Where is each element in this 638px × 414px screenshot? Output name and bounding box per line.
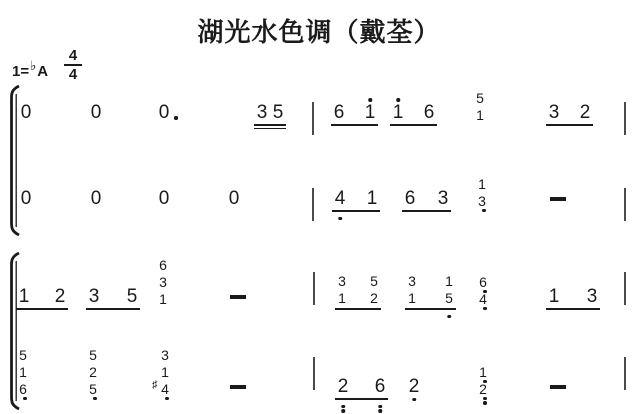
note-column: 3 (548, 104, 560, 121)
note-column: 2 (54, 288, 66, 305)
dash-bar (230, 295, 246, 299)
chord-note: 1 (158, 293, 168, 306)
beam-line (16, 308, 68, 310)
beam-line (254, 124, 286, 126)
note-digit: 3 (548, 104, 560, 121)
beam-group: 32 (548, 104, 591, 121)
note-column: 6 (333, 104, 345, 121)
beam-line (402, 210, 451, 212)
octave-dot (396, 98, 400, 102)
chord-note: 6 (18, 383, 28, 396)
note-column: 0 (228, 190, 240, 207)
stack-upper-note: 1 (444, 275, 454, 288)
dash-bar (550, 385, 566, 389)
beam-line (390, 124, 437, 126)
barline (313, 357, 315, 390)
rest-note: 0 (20, 190, 32, 209)
note-column: 1 (18, 288, 30, 305)
beam-line (405, 308, 456, 310)
barline (624, 102, 626, 135)
rest-note: 0 (228, 190, 240, 209)
octave-dot (93, 397, 97, 401)
note-digit: 0 (90, 104, 102, 121)
barline (624, 357, 626, 390)
note-column: 0 (20, 104, 32, 121)
chord-note: 3 (477, 195, 487, 208)
note-digit: 4 (334, 190, 346, 207)
rest-note: 0 (90, 190, 102, 209)
chord-note: 4 (478, 293, 488, 306)
octave-dot (338, 217, 342, 221)
octave-dot (412, 398, 416, 402)
beam-group: 61 (333, 104, 376, 121)
note-digit: 1 (337, 292, 347, 305)
beam-group: 41 (334, 190, 378, 207)
note-column: 5 (272, 104, 284, 121)
chord-note: 1 (18, 366, 28, 379)
barline (313, 272, 315, 305)
beam-notes: 61 (333, 104, 376, 121)
note-digit: 0 (228, 190, 240, 207)
barline (312, 188, 314, 221)
beam-line (331, 124, 378, 126)
note-digit: 5 (272, 104, 284, 121)
beam-line (254, 128, 286, 130)
sharp-icon: ♯ (152, 380, 158, 391)
note-column: 2 (337, 378, 349, 395)
note-digit: 2 (408, 378, 420, 395)
rest-note: 0 (158, 104, 170, 123)
note-column: 31 (407, 288, 417, 305)
beam-group: 26 (337, 378, 386, 395)
barline (624, 188, 626, 221)
note-column: 3 (586, 288, 598, 305)
note-digit: 5 (126, 288, 138, 305)
octave-dot (483, 401, 487, 405)
chord-note: 3 (160, 349, 170, 362)
chord-note: 3 (158, 276, 168, 289)
beam-group: 3152 (337, 288, 379, 305)
note-digit: 6 (423, 104, 435, 121)
chord-note: 4 (160, 383, 170, 396)
octave-dot (165, 397, 169, 401)
beam-line (546, 124, 593, 126)
note-column: 52 (369, 288, 379, 305)
note-column: 0 (20, 190, 32, 207)
score-area: 0003561165132000041631312356313152311564… (0, 0, 638, 414)
chord-note: 2 (478, 383, 488, 396)
beam-notes: 35 (256, 104, 284, 121)
beam-notes: 63 (404, 190, 449, 207)
beam-notes: 3115 (407, 288, 454, 305)
note-column: 1 (548, 288, 560, 305)
barline (624, 272, 626, 305)
beam-line (335, 398, 388, 400)
beam-line (86, 308, 140, 310)
note-digit: 1 (392, 104, 404, 121)
note-column: 2 (579, 104, 591, 121)
note-digit: 0 (20, 190, 32, 207)
note-column: 4 (334, 190, 346, 207)
chord-note: 1 (160, 366, 170, 379)
chord-note: 5 (18, 349, 28, 362)
note-column: 5 (126, 288, 138, 305)
note-digit: 3 (88, 288, 100, 305)
octave-dot (483, 397, 487, 401)
note-digit: 5 (444, 292, 454, 305)
rest-note: 0 (20, 104, 32, 123)
chord-note: 5 (88, 383, 98, 396)
note-column: 1 (366, 190, 378, 207)
note-column: 3 (437, 190, 449, 207)
note-column: 3 (88, 288, 100, 305)
stack-upper-note: 3 (407, 275, 417, 288)
note-column: 0 (90, 104, 102, 121)
stack-upper-note: 5 (369, 275, 379, 288)
beam-notes: 12 (18, 288, 66, 305)
note-digit: 2 (579, 104, 591, 121)
beam-notes: 35 (88, 288, 138, 305)
note-column: 1 (364, 104, 376, 121)
note-digit: 0 (158, 104, 170, 121)
note-digit: 0 (158, 190, 170, 207)
note-column: 15 (444, 288, 454, 305)
dash-bar (230, 385, 246, 389)
beam-notes: 32 (548, 104, 591, 121)
octave-dot (23, 397, 27, 401)
note-digit: 1 (18, 288, 30, 305)
beam-group: 3115 (407, 288, 454, 305)
note-digit: 2 (369, 292, 379, 305)
dash-bar (550, 197, 566, 201)
beam-group: 13 (548, 288, 598, 305)
augmentation-dot (174, 116, 178, 120)
note-digit: 1 (366, 190, 378, 207)
chord-note: 5 (88, 349, 98, 362)
chord-note: 1 (478, 366, 488, 379)
octave-dot (378, 405, 382, 409)
beam-group: 35 (88, 288, 138, 305)
octave-dot (341, 405, 345, 409)
beam-group: 12 (18, 288, 66, 305)
sheet-music-page: 湖光水色调（戴荃） 1=♭A 4 4 000356116513200004163… (0, 0, 638, 414)
note-column: 3 (256, 104, 268, 121)
barline (312, 102, 314, 135)
rest-note: 0 (90, 104, 102, 123)
note-column: 6 (423, 104, 435, 121)
octave-dot (482, 209, 486, 213)
note-column: 6 (404, 190, 416, 207)
beam-group: 35 (256, 104, 284, 121)
beam-notes: 41 (334, 190, 378, 207)
beam-notes: 3152 (337, 288, 379, 305)
beam-notes: 26 (337, 378, 386, 395)
octave-dot (378, 409, 382, 413)
note-digit: 1 (364, 104, 376, 121)
note-digit: 3 (256, 104, 268, 121)
note: 2 (408, 378, 420, 397)
stack-upper-note: 3 (337, 275, 347, 288)
beam-line (335, 308, 381, 310)
note-digit: 0 (90, 190, 102, 207)
octave-dot (447, 315, 451, 319)
note-column: 2 (408, 378, 420, 395)
note-digit: 6 (404, 190, 416, 207)
rest-note: 0 (158, 190, 170, 209)
beam-notes: 16 (392, 104, 435, 121)
note-digit: 1 (548, 288, 560, 305)
note-digit: 0 (20, 104, 32, 121)
note-digit: 3 (586, 288, 598, 305)
note-digit: 6 (333, 104, 345, 121)
note-column: 1 (392, 104, 404, 121)
chord-note: 2 (88, 366, 98, 379)
beam-notes: 13 (548, 288, 598, 305)
chord-note: 6 (158, 259, 168, 272)
note-digit: 2 (54, 288, 66, 305)
octave-dot (341, 409, 345, 413)
note-digit: 2 (337, 378, 349, 395)
note-column: 6 (374, 378, 386, 395)
note-digit: 3 (437, 190, 449, 207)
chord-note: 1 (477, 178, 487, 191)
chord-note: 5 (475, 92, 485, 105)
beam-group: 63 (404, 190, 449, 207)
note-column: 0 (90, 190, 102, 207)
note-digit: 1 (407, 292, 417, 305)
note-digit: 6 (374, 378, 386, 395)
octave-dot (483, 307, 487, 311)
chord-note: 1 (475, 109, 485, 122)
note-column: 0 (158, 190, 170, 207)
beam-group: 16 (392, 104, 435, 121)
beam-line (546, 308, 600, 310)
chord-note: 6 (478, 276, 488, 289)
octave-dot (368, 98, 372, 102)
note-column: 31 (337, 288, 347, 305)
beam-line (332, 210, 380, 212)
note-column: 0 (158, 104, 170, 121)
